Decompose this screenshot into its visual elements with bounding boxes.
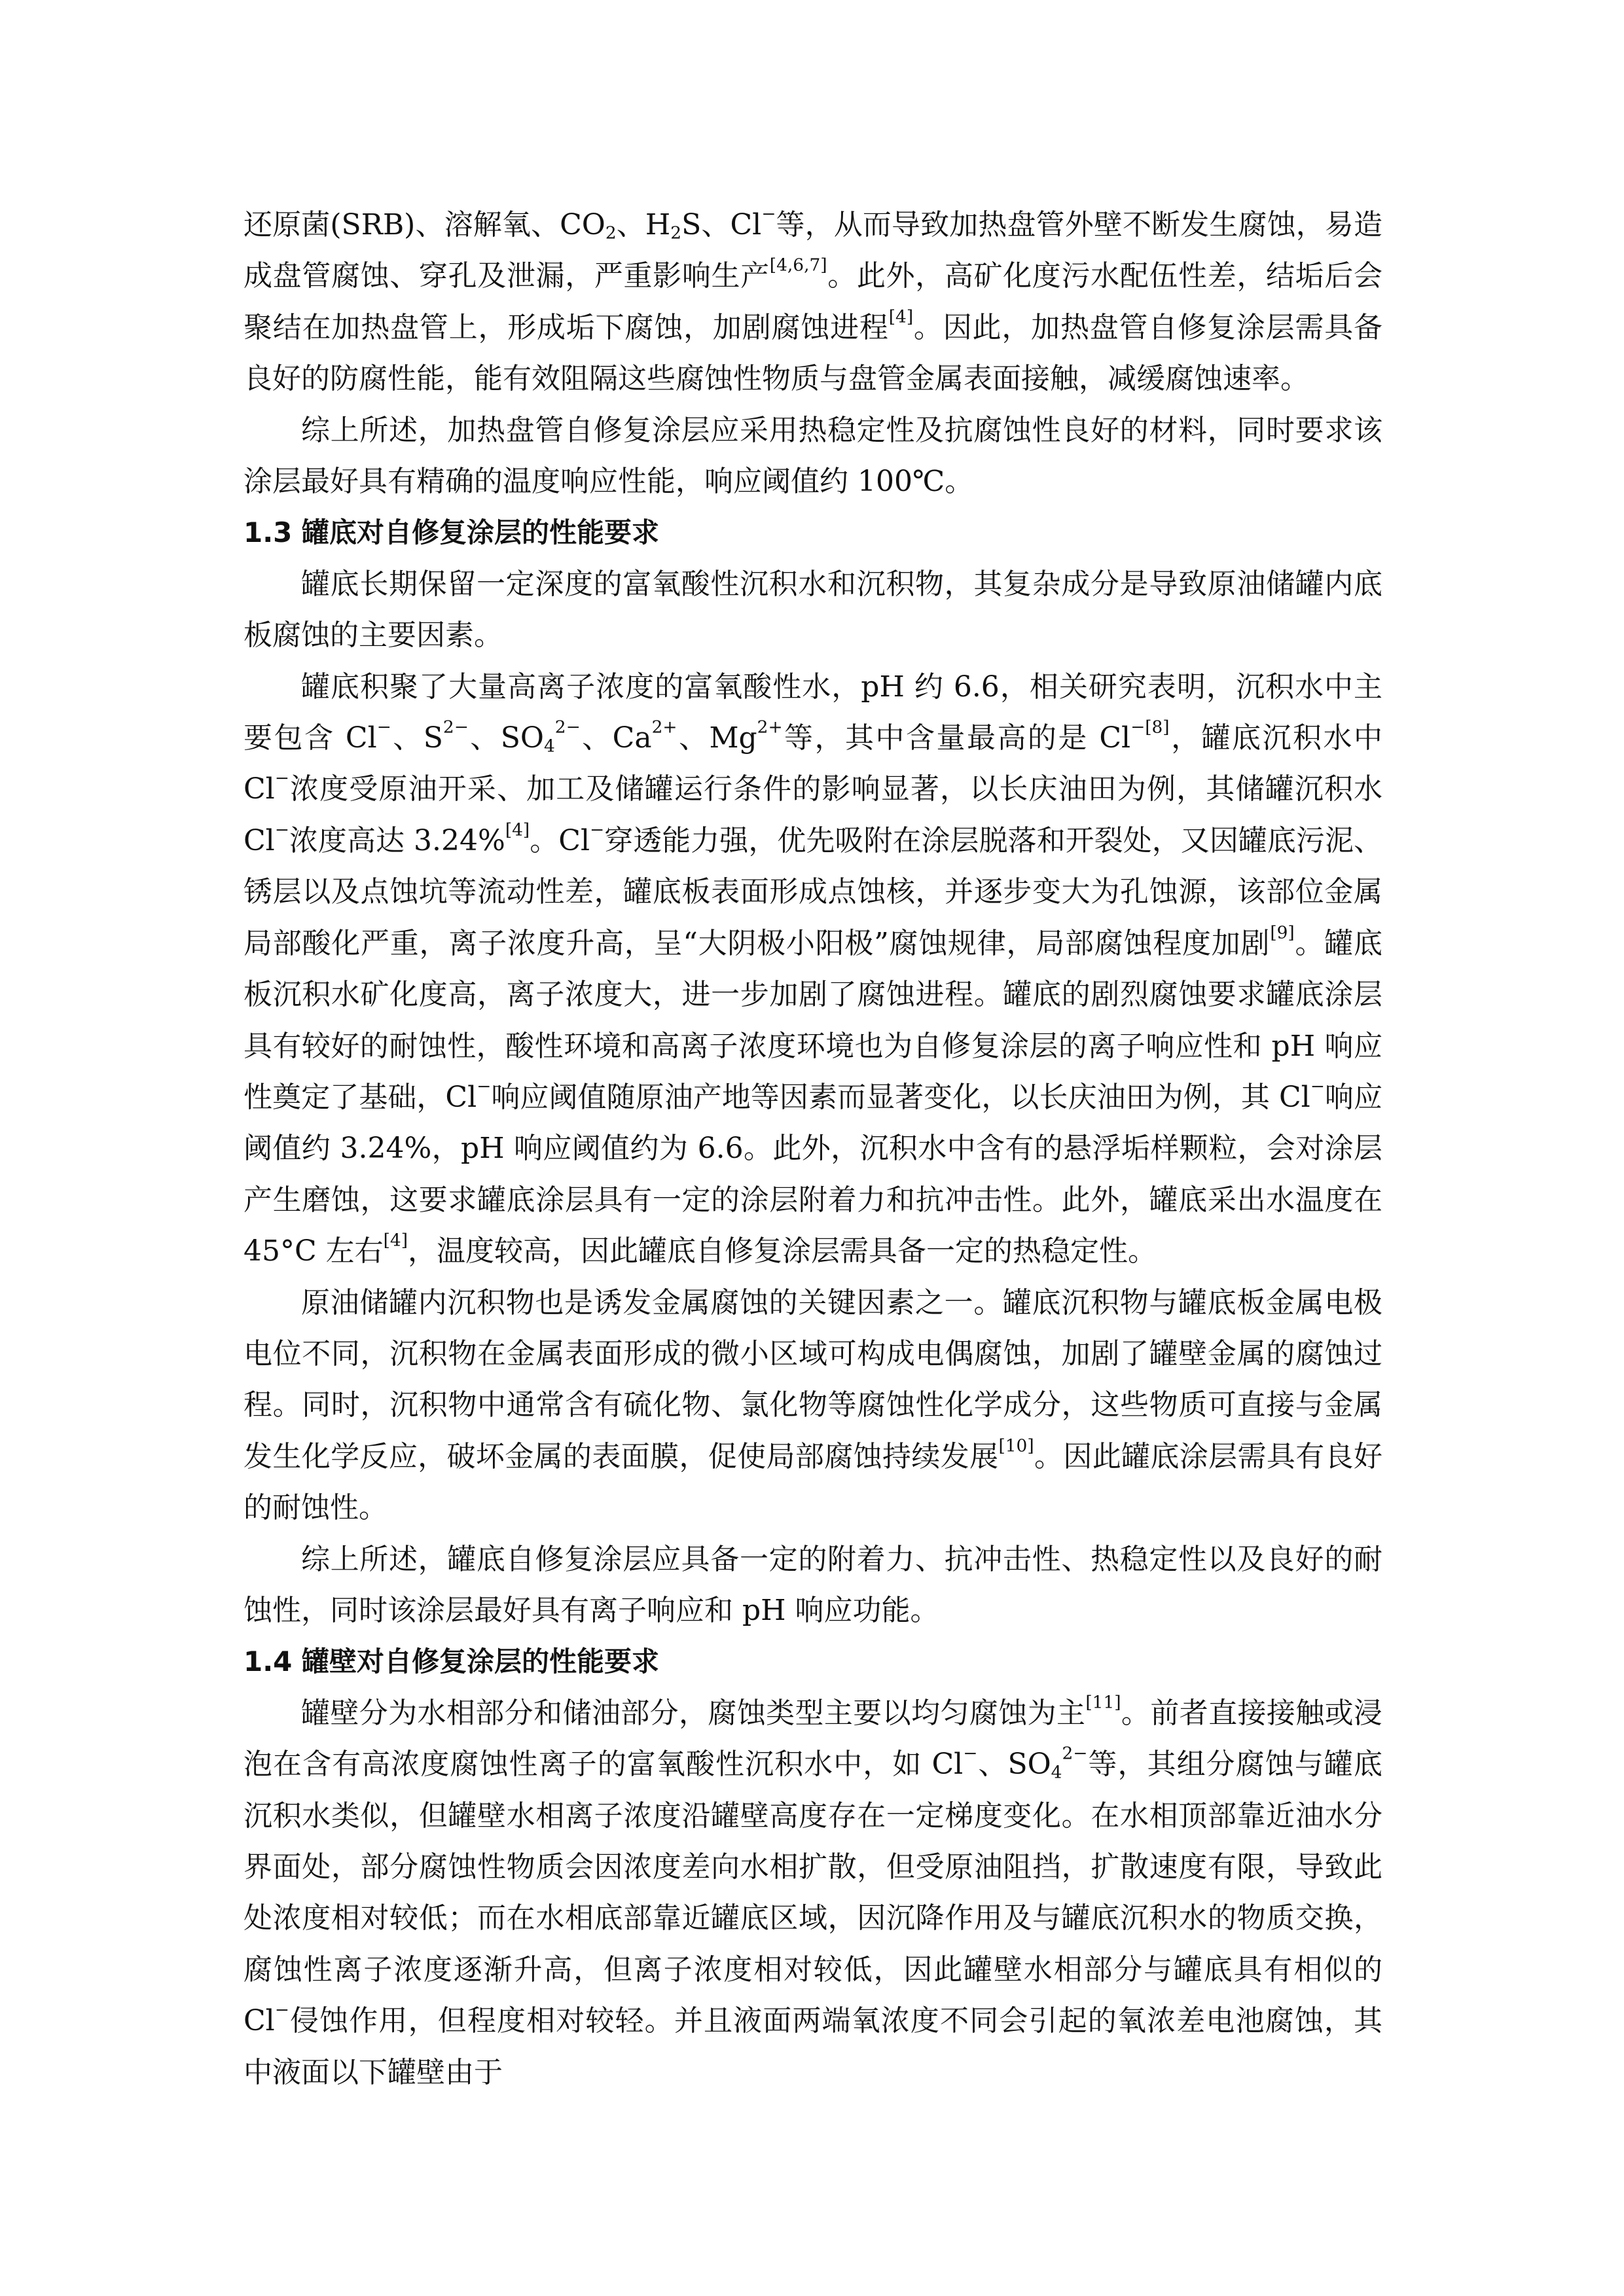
body-paragraph: 综上所述，罐底自修复涂层应具备一定的附着力、抗冲击性、热稳定性以及良好的耐蚀性，… [244, 1534, 1382, 1637]
superscript: − [275, 768, 289, 789]
citation-superscript: −[8] [1130, 717, 1170, 738]
citation-superscript: [4] [889, 306, 913, 327]
subscript: 4 [544, 736, 555, 757]
text-run: S、Cl [681, 208, 761, 242]
body-paragraph: 罐壁分为水相部分和储油部分，腐蚀类型主要以均匀腐蚀为主[11]。前者直接接触或浸… [244, 1688, 1382, 2098]
superscript: 2− [443, 717, 469, 738]
text-run: 等，其中含量最高的是 Cl [783, 721, 1131, 755]
body-paragraph: 原油储罐内沉积物也是诱发金属腐蚀的关键因素之一。罐底沉积物与罐底板金属电极电位不… [244, 1278, 1382, 1534]
superscript: 2+ [757, 717, 783, 738]
text-run: 罐壁分为水相部分和储油部分，腐蚀类型主要以均匀腐蚀为主 [301, 1696, 1085, 1730]
citation-superscript: [10] [998, 1435, 1034, 1456]
text-run: 、SO [977, 1748, 1051, 1781]
superscript: − [761, 204, 776, 224]
citation-superscript: [4] [505, 819, 530, 840]
section-heading: 1.3 罐底对自修复涂层的性能要求 [244, 507, 1382, 558]
text-run: 等，其组分腐蚀与罐底沉积水类似，但罐壁水相离子浓度沿罐壁高度存在一定梯度变化。在… [244, 1748, 1382, 2037]
superscript: 2+ [652, 717, 677, 738]
text-run: 罐底长期保留一定深度的富氧酸性沉积水和沉积物，其复杂成分是导致原油储罐内底板腐蚀… [244, 567, 1382, 652]
text-run: 侵蚀作用，但程度相对较轻。并且液面两端氧浓度不同会引起的氧浓差电池腐蚀，其中液面… [244, 2004, 1382, 2089]
subscript: 2 [605, 223, 617, 243]
superscript: − [377, 717, 391, 738]
superscript: − [963, 1744, 977, 1764]
body-paragraph: 罐底长期保留一定深度的富氧酸性沉积水和沉积物，其复杂成分是导致原油储罐内底板腐蚀… [244, 559, 1382, 662]
superscript: 2− [555, 717, 581, 738]
superscript: − [477, 1076, 491, 1096]
superscript: − [1310, 1076, 1325, 1096]
citation-superscript: [9] [1270, 922, 1294, 942]
text-run: 、S [391, 721, 443, 755]
citation-superscript: [4] [384, 1230, 408, 1251]
citation-superscript: [11] [1085, 1692, 1121, 1712]
superscript: − [275, 819, 289, 840]
text-run: 、Ca [581, 721, 652, 755]
text-run: 浓度高达 3.24% [289, 824, 505, 857]
subscript: 4 [1051, 1763, 1062, 1783]
text-run: 还原菌(SRB)、溶解氧、CO [244, 208, 605, 242]
section-heading: 1.4 罐壁对自修复涂层的性能要求 [244, 1636, 1382, 1687]
text-run: 综上所述，罐底自修复涂层应具备一定的附着力、抗冲击性、热稳定性以及良好的耐蚀性，… [244, 1543, 1382, 1627]
body-paragraph: 综上所述，加热盘管自修复涂层应采用热稳定性及抗腐蚀性良好的材料，同时要求该涂层最… [244, 405, 1382, 508]
superscript: 2− [1062, 1744, 1087, 1764]
body-paragraph: 还原菌(SRB)、溶解氧、CO2、H2S、Cl−等，从而导致加热盘管外壁不断发生… [244, 200, 1382, 405]
superscript: − [590, 819, 604, 840]
text-run: 综上所述，加热盘管自修复涂层应采用热稳定性及抗腐蚀性良好的材料，同时要求该涂层最… [244, 414, 1382, 498]
text-run: 、Mg [677, 721, 757, 755]
document-page: 还原菌(SRB)、溶解氧、CO2、H2S、Cl−等，从而导致加热盘管外壁不断发生… [244, 200, 1382, 2098]
body-paragraph: 罐底积聚了大量高离子浓度的富氧酸性水，pH 约 6.6，相关研究表明，沉积水中主… [244, 662, 1382, 1278]
text-run: ，温度较高，因此罐底自修复涂层需具备一定的热稳定性。 [408, 1234, 1157, 1268]
text-run: 响应阈值随原油产地等因素而显著变化，以长庆油田为例，其 Cl [491, 1081, 1310, 1114]
text-run: 、SO [469, 721, 544, 755]
citation-superscript: [4,6,7] [770, 255, 827, 276]
superscript: − [275, 2000, 289, 2020]
subscript: 2 [670, 223, 681, 243]
text-run: 、H [617, 208, 671, 242]
text-run: 。Cl [530, 824, 590, 857]
